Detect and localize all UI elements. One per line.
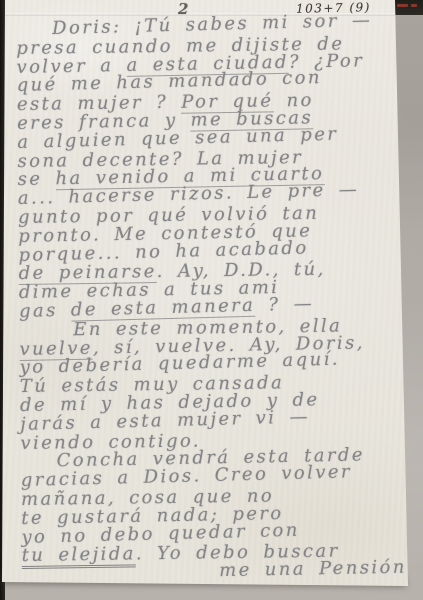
red-mark <box>411 4 417 7</box>
letter-paper: 2 103+7 (9) Doris: ¡Tú sabes mi sor —pre… <box>0 0 423 600</box>
phrase: me una Pensión <box>219 557 407 582</box>
letter-body: Doris: ¡Tú sabes mi sor —presa cuando me… <box>16 15 411 583</box>
phrase: ? — <box>255 293 314 316</box>
red-mark <box>397 4 408 7</box>
scan-corner-object <box>393 0 423 15</box>
